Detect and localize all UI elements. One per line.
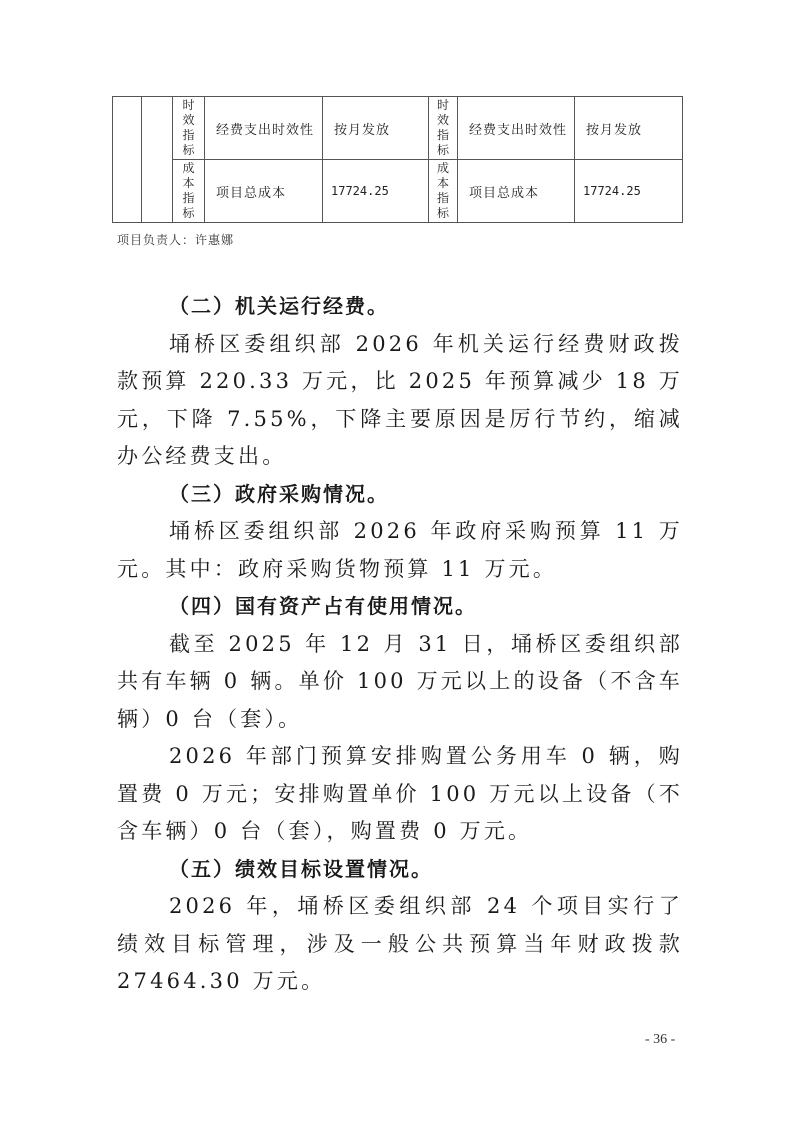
section-heading: （三）政府采购情况。 [117, 476, 683, 514]
indicator-value-cell: 17724.25 [575, 160, 683, 223]
paragraph: 2026 年，埇桥区委组织部 24 个项目实行了绩效目标管理，涉及一般公共预算当… [117, 888, 683, 1001]
paragraph: 埇桥区委组织部 2026 年机关运行经费财政拨款预算 220.33 万元，比 2… [117, 326, 683, 476]
indicator-category-cell: 成 本 指 标 [429, 160, 458, 223]
performance-indicator-table: 时 效 指 标 经费支出时效性 按月发放 时 效 指 标 经费支出时效性 按月发… [112, 96, 683, 223]
blank-cell [142, 97, 173, 223]
indicator-name-cell: 项目总成本 [205, 160, 323, 223]
table-row: 成 本 指 标 项目总成本 17724.25 成 本 指 标 项目总成本 177… [113, 160, 683, 223]
project-owner-line: 项目负责人：许惠娜 [117, 231, 234, 248]
section-heading: （四）国有资产占有使用情况。 [117, 588, 683, 626]
blank-cell [113, 97, 142, 223]
page-number: - 36 - [645, 1032, 675, 1048]
section-heading: （二）机关运行经费。 [117, 288, 683, 326]
section-state-assets: （四）国有资产占有使用情况。 截至 2025 年 12 月 31 日，埇桥区委组… [117, 588, 683, 851]
indicator-value-cell: 按月发放 [575, 97, 683, 160]
section-operating-expenses: （二）机关运行经费。 埇桥区委组织部 2026 年机关运行经费财政拨款预算 22… [117, 288, 683, 476]
paragraph: 埇桥区委组织部 2026 年政府采购预算 11 万元。其中：政府采购货物预算 1… [117, 513, 683, 588]
document-page: 时 效 指 标 经费支出时效性 按月发放 时 效 指 标 经费支出时效性 按月发… [0, 0, 793, 1122]
indicator-name-cell: 经费支出时效性 [458, 97, 575, 160]
indicator-category-cell: 时 效 指 标 [429, 97, 458, 160]
paragraph: 2026 年部门预算安排购置公务用车 0 辆，购置费 0 万元；安排购置单价 1… [117, 738, 683, 851]
indicator-name-cell: 经费支出时效性 [205, 97, 323, 160]
paragraph: 截至 2025 年 12 月 31 日，埇桥区委组织部共有车辆 0 辆。单价 1… [117, 626, 683, 739]
section-heading: （五）绩效目标设置情况。 [117, 851, 683, 889]
body-content: （二）机关运行经费。 埇桥区委组织部 2026 年机关运行经费财政拨款预算 22… [117, 288, 683, 1001]
indicator-value-cell: 按月发放 [323, 97, 429, 160]
indicator-category-cell: 时 效 指 标 [173, 97, 205, 160]
section-performance-targets: （五）绩效目标设置情况。 2026 年，埇桥区委组织部 24 个项目实行了绩效目… [117, 851, 683, 1001]
indicator-name-cell: 项目总成本 [458, 160, 575, 223]
indicator-category-cell: 成 本 指 标 [173, 160, 205, 223]
section-government-procurement: （三）政府采购情况。 埇桥区委组织部 2026 年政府采购预算 11 万元。其中… [117, 476, 683, 589]
table-row: 时 效 指 标 经费支出时效性 按月发放 时 效 指 标 经费支出时效性 按月发… [113, 97, 683, 160]
indicator-value-cell: 17724.25 [323, 160, 429, 223]
